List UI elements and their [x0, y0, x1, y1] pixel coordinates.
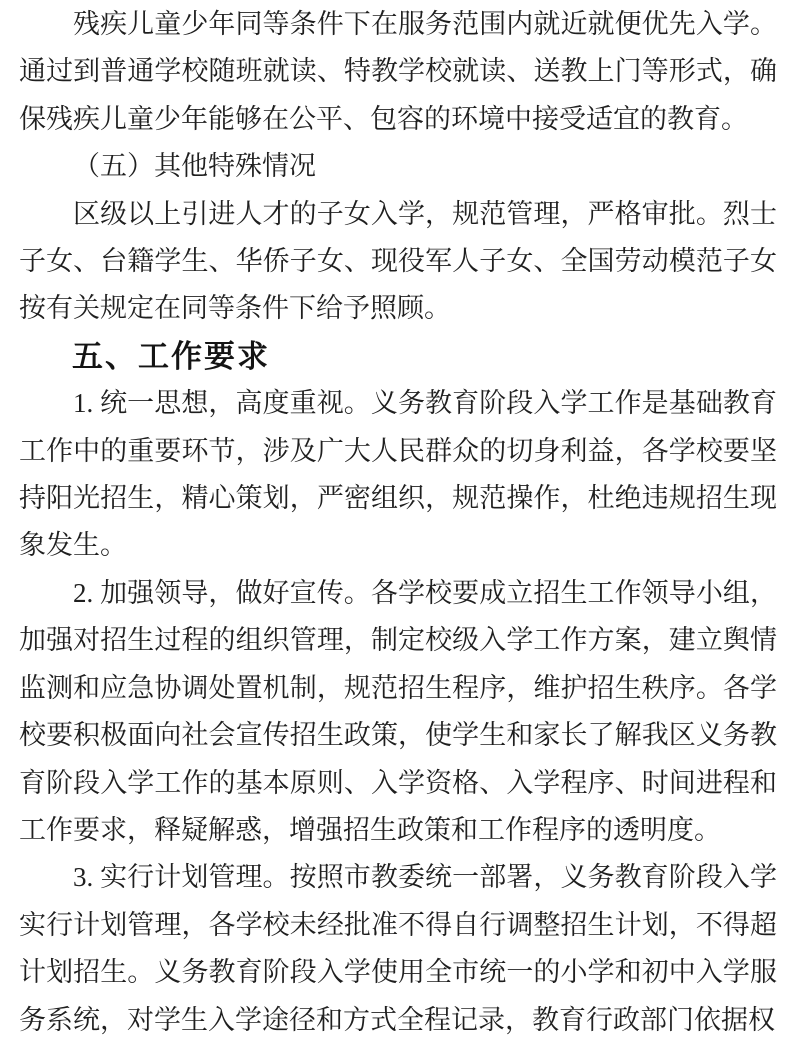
- paragraph-requirement-2-strengthen-leadership: 2. 加强领导，做好宣传。各学校要成立招生工作领导小组，加强对招生过程的组织管理…: [19, 570, 777, 854]
- paragraph-special-groups-enrollment: 区级以上引进人才的子女入学，规范管理，严格审批。烈士子女、台籍学生、华侨子女、现…: [19, 191, 777, 333]
- document-page: 残疾儿童少年同等条件下在服务范围内就近就便优先入学。通过到普通学校随班就读、特教…: [0, 0, 800, 1044]
- section-heading-work-requirements: 五、工作要求: [19, 333, 777, 380]
- paragraph-requirement-1-unified-thinking: 1. 统一思想，高度重视。义务教育阶段入学工作是基础教育工作中的重要环节，涉及广…: [19, 380, 777, 570]
- paragraph-requirement-3-plan-management: 3. 实行计划管理。按照市教委统一部署，义务教育阶段入学实行计划管理，各学校未经…: [19, 854, 777, 1044]
- subsection-heading-other-special-cases: （五）其他特殊情况: [19, 143, 777, 190]
- paragraph-disability-enrollment: 残疾儿童少年同等条件下在服务范围内就近就便优先入学。通过到普通学校随班就读、特教…: [19, 1, 777, 143]
